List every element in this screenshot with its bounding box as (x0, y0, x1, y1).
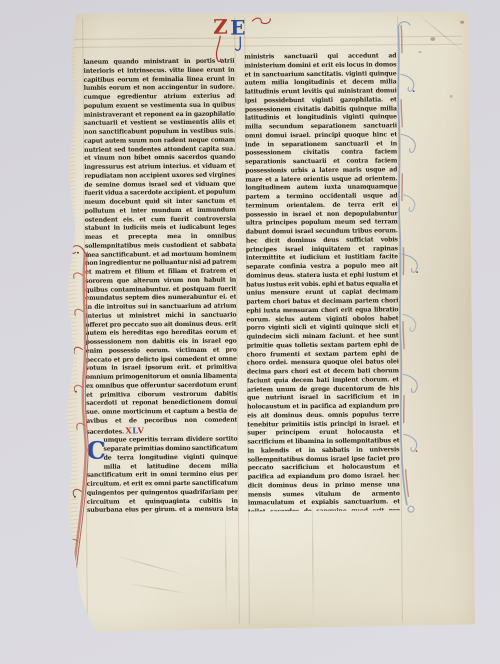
stain-spot (450, 95, 453, 98)
body-text-right: ministris sanctuarii qui accedunt ad min… (244, 52, 400, 511)
right-margin-penwork-icon (386, 19, 436, 519)
photo-background: Z E laneum quando ministrant in portis a… (0, 0, 500, 664)
crease-line (127, 583, 190, 595)
manuscript-leaf: Z E laneum quando ministrant in portis a… (56, 11, 475, 632)
body-text-chapter44: laneum quando ministrant in portis atrii… (83, 58, 237, 436)
chapter-numeral-letter: V (137, 425, 144, 435)
chapter45-paragraph: C umque ceperitis terram dividere sortit… (86, 436, 238, 515)
left-margin-penwork-icon (59, 242, 104, 634)
body-text-chapter45: umque ceperitis terram dividere sortito … (87, 436, 238, 515)
text-column-left: laneum quando ministrant in portis atrii… (83, 58, 238, 515)
crease-line (225, 508, 227, 620)
crease-line (114, 555, 189, 577)
chapter-numeral: XLV (125, 425, 144, 435)
text-column-right: ministris sanctuarii qui accedunt ad min… (244, 52, 400, 511)
stain-spot (460, 21, 464, 24)
